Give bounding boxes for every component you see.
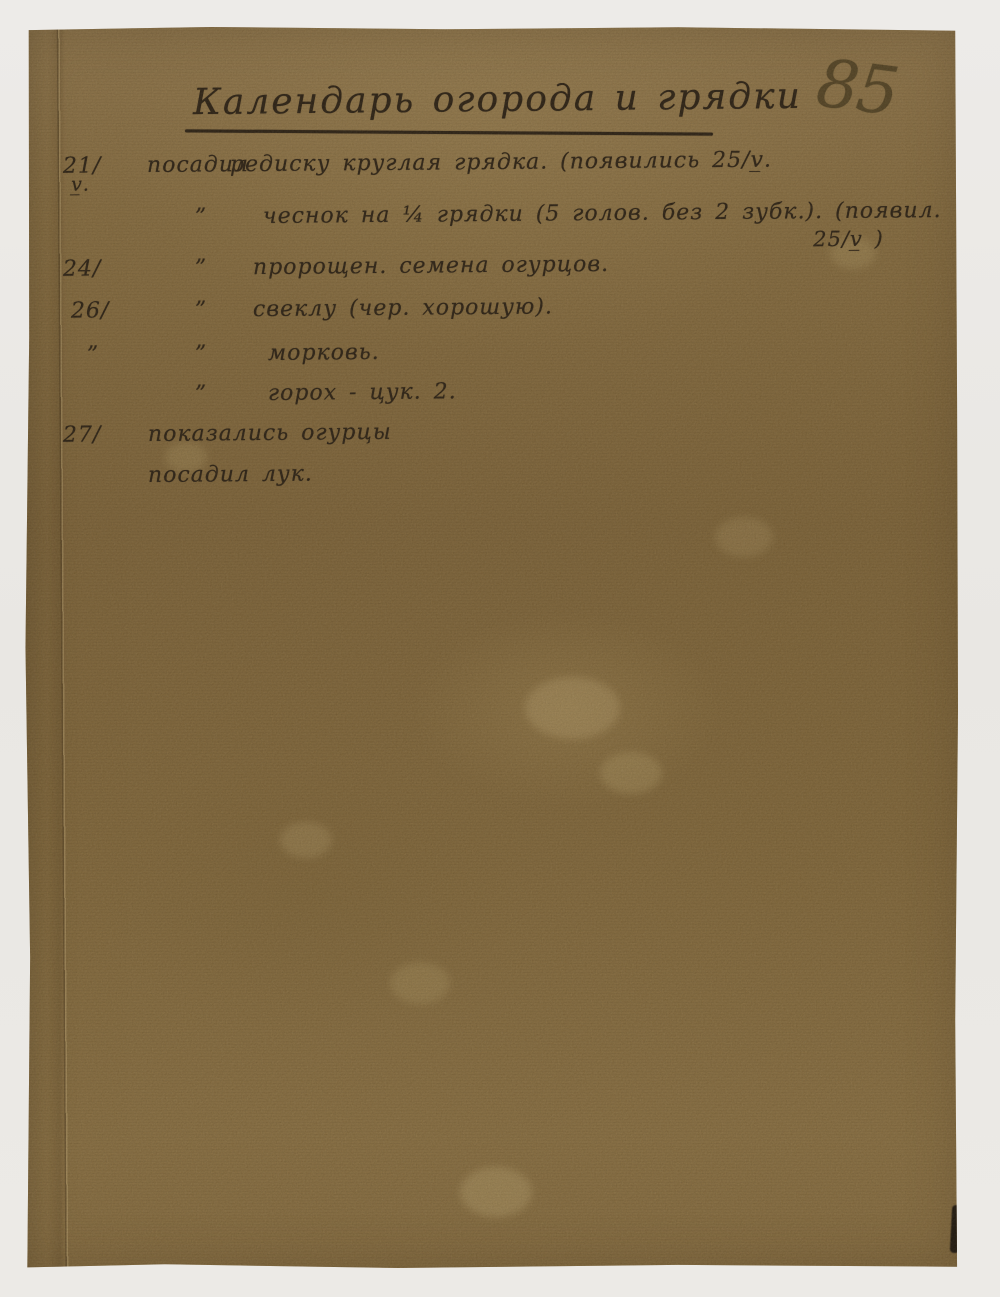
- entry-date: ”: [87, 342, 99, 367]
- entry-text: чеснок на ¼ грядки (5 голов. без 2 зубк.…: [263, 198, 942, 229]
- entry-row: 21/ v̲. посадил редиску круглая грядка. …: [25, 146, 958, 188]
- entry-text: морковь.: [268, 340, 380, 366]
- paper-stain: [600, 752, 662, 794]
- ditto-mark: ”: [195, 297, 207, 322]
- title-underline: [185, 129, 713, 135]
- page-title: Календарь огорода и грядки: [193, 76, 802, 123]
- entry-row: ” ” морковь.: [25, 335, 958, 377]
- entry-row: ” горох - цук. 2.: [25, 375, 958, 417]
- paper-stain: [390, 962, 450, 1004]
- page-number: 85: [813, 44, 902, 130]
- entry-date: 24/: [63, 256, 102, 281]
- paper-stain: [460, 1167, 532, 1217]
- paper-stain: [525, 677, 620, 739]
- entry-row: ” чеснок на ¼ грядки (5 голов. без 2 зуб…: [25, 198, 958, 240]
- entry-row: посадил лук.: [25, 456, 958, 498]
- ditto-mark: ”: [195, 381, 207, 406]
- paper-stain: [280, 822, 332, 858]
- paper-stain: [715, 517, 773, 557]
- ditto-mark: ”: [195, 341, 207, 366]
- entry-note: 25/v̲ ): [813, 227, 884, 252]
- entry-row: 26/ ” свеклу (чер. хорошую).: [25, 291, 958, 333]
- ditto-mark: ”: [195, 204, 207, 229]
- entry-row: 24/ ” пророщен. семена огурцов.: [25, 249, 958, 291]
- entry-text: редиску круглая грядка. (появились 25/v̲…: [230, 148, 772, 178]
- entry-text: пророщен. семена огурцов.: [253, 252, 609, 280]
- entry-text: посадил лук.: [148, 462, 313, 488]
- entry-date: 26/: [71, 298, 110, 323]
- entry-text: свеклу (чер. хорошую).: [253, 294, 553, 322]
- entry-text: показались огурцы: [148, 420, 392, 447]
- ditto-mark: ”: [195, 255, 207, 280]
- entry-date: 27/: [63, 422, 102, 447]
- paper-sheet: Календарь огорода и грядки 85 21/ v̲. по…: [25, 27, 958, 1268]
- entry-text: горох - цук. 2.: [268, 379, 457, 406]
- entry-row: 27/ показались огурцы: [25, 415, 958, 457]
